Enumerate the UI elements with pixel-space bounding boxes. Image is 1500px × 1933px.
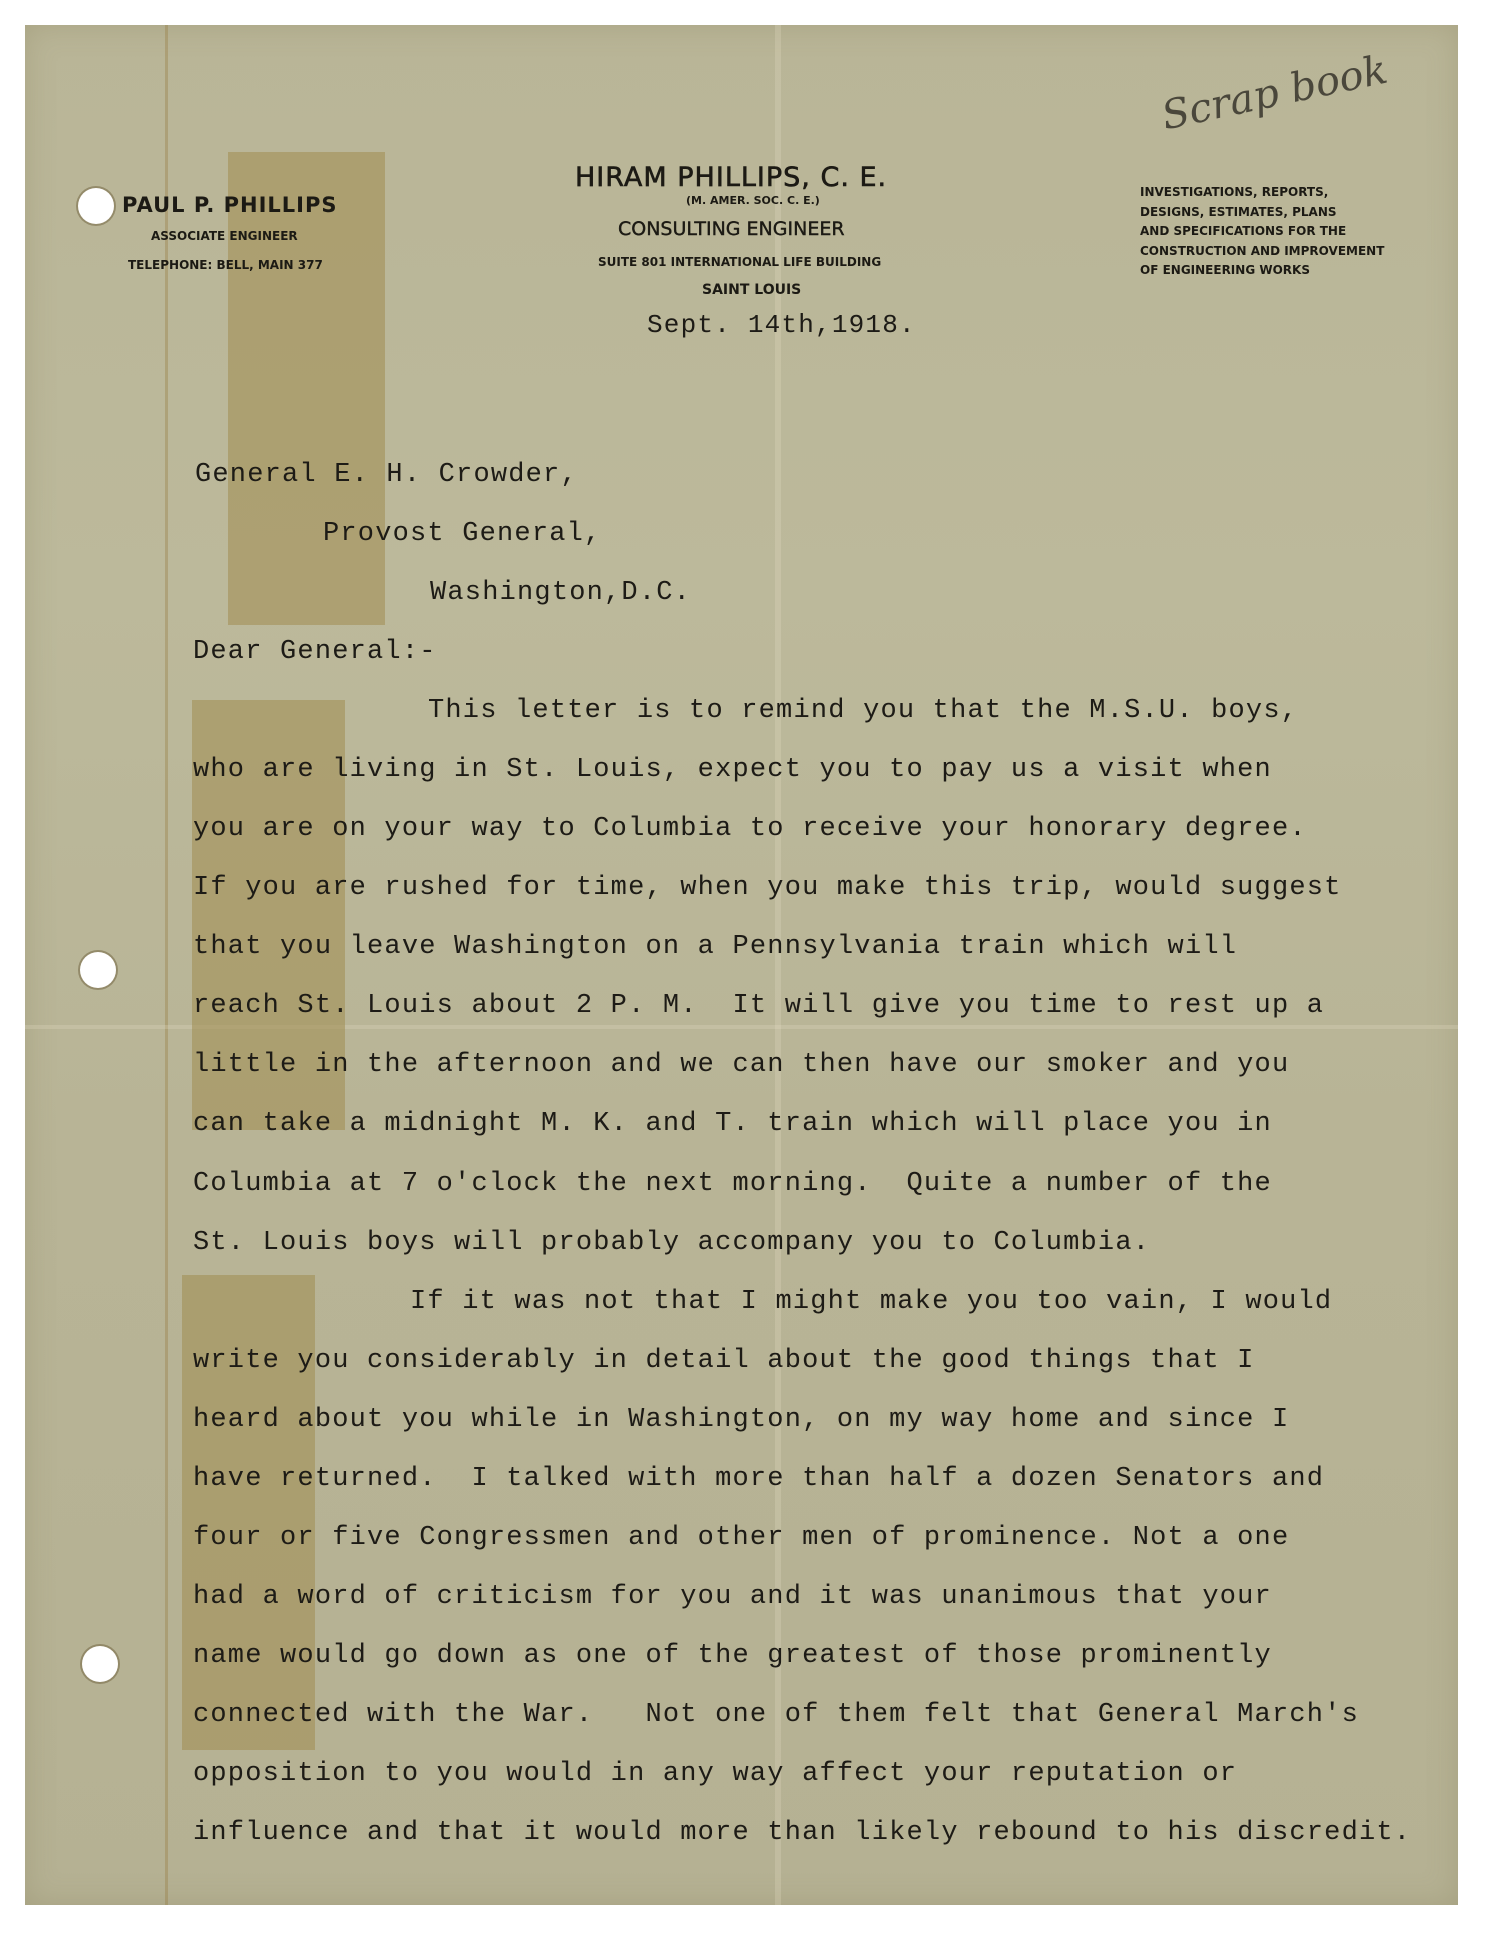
body-line: had a word of criticism for you and it w…: [193, 1582, 1272, 1612]
paper-crease: [165, 25, 168, 1905]
body-line: that you leave Washington on a Pennsylva…: [193, 932, 1237, 962]
salutation: Dear General:-: [193, 637, 437, 667]
engineer-city: SAINT LOUIS: [702, 282, 801, 298]
body-line: connected with the War. Not one of them …: [193, 1700, 1359, 1730]
services-line: AND SPECIFICATIONS FOR THE: [1140, 224, 1346, 238]
body-line: who are living in St. Louis, expect you …: [193, 755, 1272, 785]
engineer-profession: CONSULTING ENGINEER: [618, 218, 845, 240]
body-line: If you are rushed for time, when you mak…: [193, 873, 1342, 903]
recipient-location: Washington,D.C.: [430, 578, 691, 608]
body-line: influence and that it would more than li…: [193, 1818, 1411, 1848]
body-line: name would go down as one of the greates…: [193, 1641, 1272, 1671]
associate-telephone: TELEPHONE: BELL, MAIN 377: [128, 258, 323, 272]
body-line: This letter is to remind you that the M.…: [428, 696, 1298, 726]
tape-strip: [228, 152, 385, 625]
body-line: Columbia at 7 o'clock the next morning. …: [193, 1169, 1272, 1199]
punch-hole: [82, 1646, 118, 1682]
associate-name: PAUL P. PHILLIPS: [122, 193, 338, 217]
body-line: reach St. Louis about 2 P. M. It will gi…: [193, 991, 1324, 1021]
body-line: If it was not that I might make you too …: [410, 1287, 1332, 1317]
body-line: little in the afternoon and we can then …: [193, 1050, 1289, 1080]
associate-title: ASSOCIATE ENGINEER: [151, 229, 298, 243]
punch-hole: [80, 952, 116, 988]
services-line: DESIGNS, ESTIMATES, PLANS: [1140, 205, 1337, 219]
engineer-name: HIRAM PHILLIPS, C. E.: [575, 162, 887, 193]
recipient-name: General E. H. Crowder,: [195, 460, 578, 490]
services-line: CONSTRUCTION AND IMPROVEMENT: [1140, 244, 1384, 258]
services-line: OF ENGINEERING WORKS: [1140, 263, 1310, 277]
body-line: opposition to you would in any way affec…: [193, 1759, 1237, 1789]
body-line: can take a midnight M. K. and T. train w…: [193, 1109, 1272, 1139]
body-line: you are on your way to Columbia to recei…: [193, 814, 1307, 844]
body-line: write you considerably in detail about t…: [193, 1346, 1255, 1376]
body-line: heard about you while in Washington, on …: [193, 1405, 1289, 1435]
engineer-address: SUITE 801 INTERNATIONAL LIFE BUILDING: [598, 255, 881, 269]
letter-date: Sept. 14th,1918.: [647, 310, 916, 340]
body-line: St. Louis boys will probably accompany y…: [193, 1228, 1150, 1258]
engineer-membership: (M. AMER. SOC. C. E.): [686, 194, 820, 207]
letter-paper: [25, 25, 1458, 1905]
recipient-title: Provost General,: [323, 519, 601, 549]
services-line: INVESTIGATIONS, REPORTS,: [1140, 185, 1328, 199]
body-line: four or five Congressmen and other men o…: [193, 1523, 1289, 1553]
paper-fold-vertical: [775, 25, 781, 1905]
punch-hole: [78, 188, 114, 224]
body-line: have returned. I talked with more than h…: [193, 1464, 1324, 1494]
